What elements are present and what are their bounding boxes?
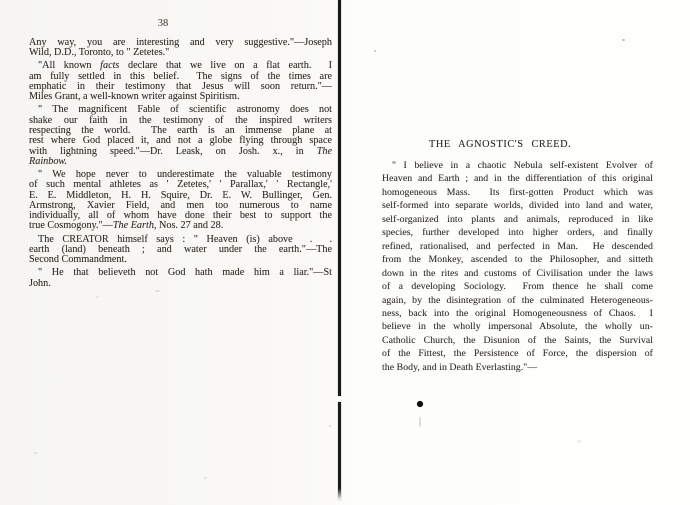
text-line: true Cosmogony."—The Earth, Nos. 27 and …	[29, 221, 332, 231]
text-line: self-formed into separate worlds, divide…	[382, 199, 653, 212]
quote-paragraph: Any way, you are interesting and very su…	[29, 38, 332, 59]
scan-speck	[204, 477, 207, 479]
quote-paragraph: " The magnificent Fable of scientific as…	[29, 105, 332, 167]
text-line: self-organized into plants and animals, …	[382, 213, 653, 226]
scan-speck	[155, 290, 160, 292]
ink-smudge	[419, 417, 421, 427]
text-line: refined, rationalised, and perfected in …	[382, 240, 653, 253]
text-line: Wild, D.D., Toronto, to " Zetetes."	[29, 48, 332, 58]
text-line: Heaven and Earth ; and in the differenti…	[382, 172, 653, 185]
gutter-line	[338, 402, 341, 500]
text-line: the Body, and in Death Everlasting."—	[382, 361, 653, 374]
book-scan: 38 Any way, you are interesting and very…	[0, 0, 690, 505]
text-line: ness, back into the original Homogeneous…	[382, 307, 653, 320]
text-line: homogeneous Mass. Its first-gotten Produ…	[382, 186, 653, 199]
scan-speck	[374, 50, 376, 52]
section-title: THE AGNOSTIC'S CREED.	[429, 139, 571, 150]
scan-speck	[96, 296, 99, 298]
text-line: John.	[29, 279, 332, 289]
text-line: with lightning speed."—Dr. Leask, on Jos…	[29, 147, 332, 157]
scan-speck	[329, 425, 331, 427]
scan-speck	[34, 452, 37, 454]
text-line: from the Monkey, ascended to the Philoso…	[382, 253, 653, 266]
text-line: Second Commandment.	[29, 255, 332, 265]
text-line: Miles Grant, a well-known writer against…	[29, 92, 332, 102]
quote-paragraph: "All known facts declare that we live on…	[29, 61, 332, 102]
text-line: of the Fittest, the Persistence of Force…	[382, 347, 653, 360]
text-line: Rainbow.	[29, 157, 332, 167]
text-line: " I believe in a chaotic Nebula self-exi…	[382, 159, 653, 172]
scan-speck	[577, 440, 581, 443]
quote-paragraph: " He that believeth not God hath made hi…	[29, 268, 332, 289]
ink-spot	[417, 401, 423, 407]
page-number: 38	[148, 18, 178, 29]
text-line: Catholic Church, the Disunion of the Sai…	[382, 334, 653, 347]
creed-paragraph: " I believe in a chaotic Nebula self-exi…	[382, 159, 653, 374]
gutter-line	[338, 0, 341, 396]
text-line: again, by the disintegration of the culm…	[382, 294, 653, 307]
left-page-text-block: Any way, you are interesting and very su…	[29, 38, 332, 289]
text-line: of a developing Sociology. From thence h…	[382, 280, 653, 293]
quote-paragraph: The CREATOR himself says : " Heaven (is)…	[29, 235, 332, 266]
text-line: of such mental athletes as ' Zetetes,' '…	[29, 180, 332, 190]
text-line: down in the rites and customs of Civilis…	[382, 267, 653, 280]
quote-paragraph: " We hope never to underestimate the val…	[29, 170, 332, 232]
text-line: species, further developed into higher o…	[382, 226, 653, 239]
scan-speck	[622, 39, 625, 41]
text-line: believe in the wholly impersonal Absolut…	[382, 320, 653, 333]
text-line: " He that believeth not God hath made hi…	[29, 268, 332, 278]
